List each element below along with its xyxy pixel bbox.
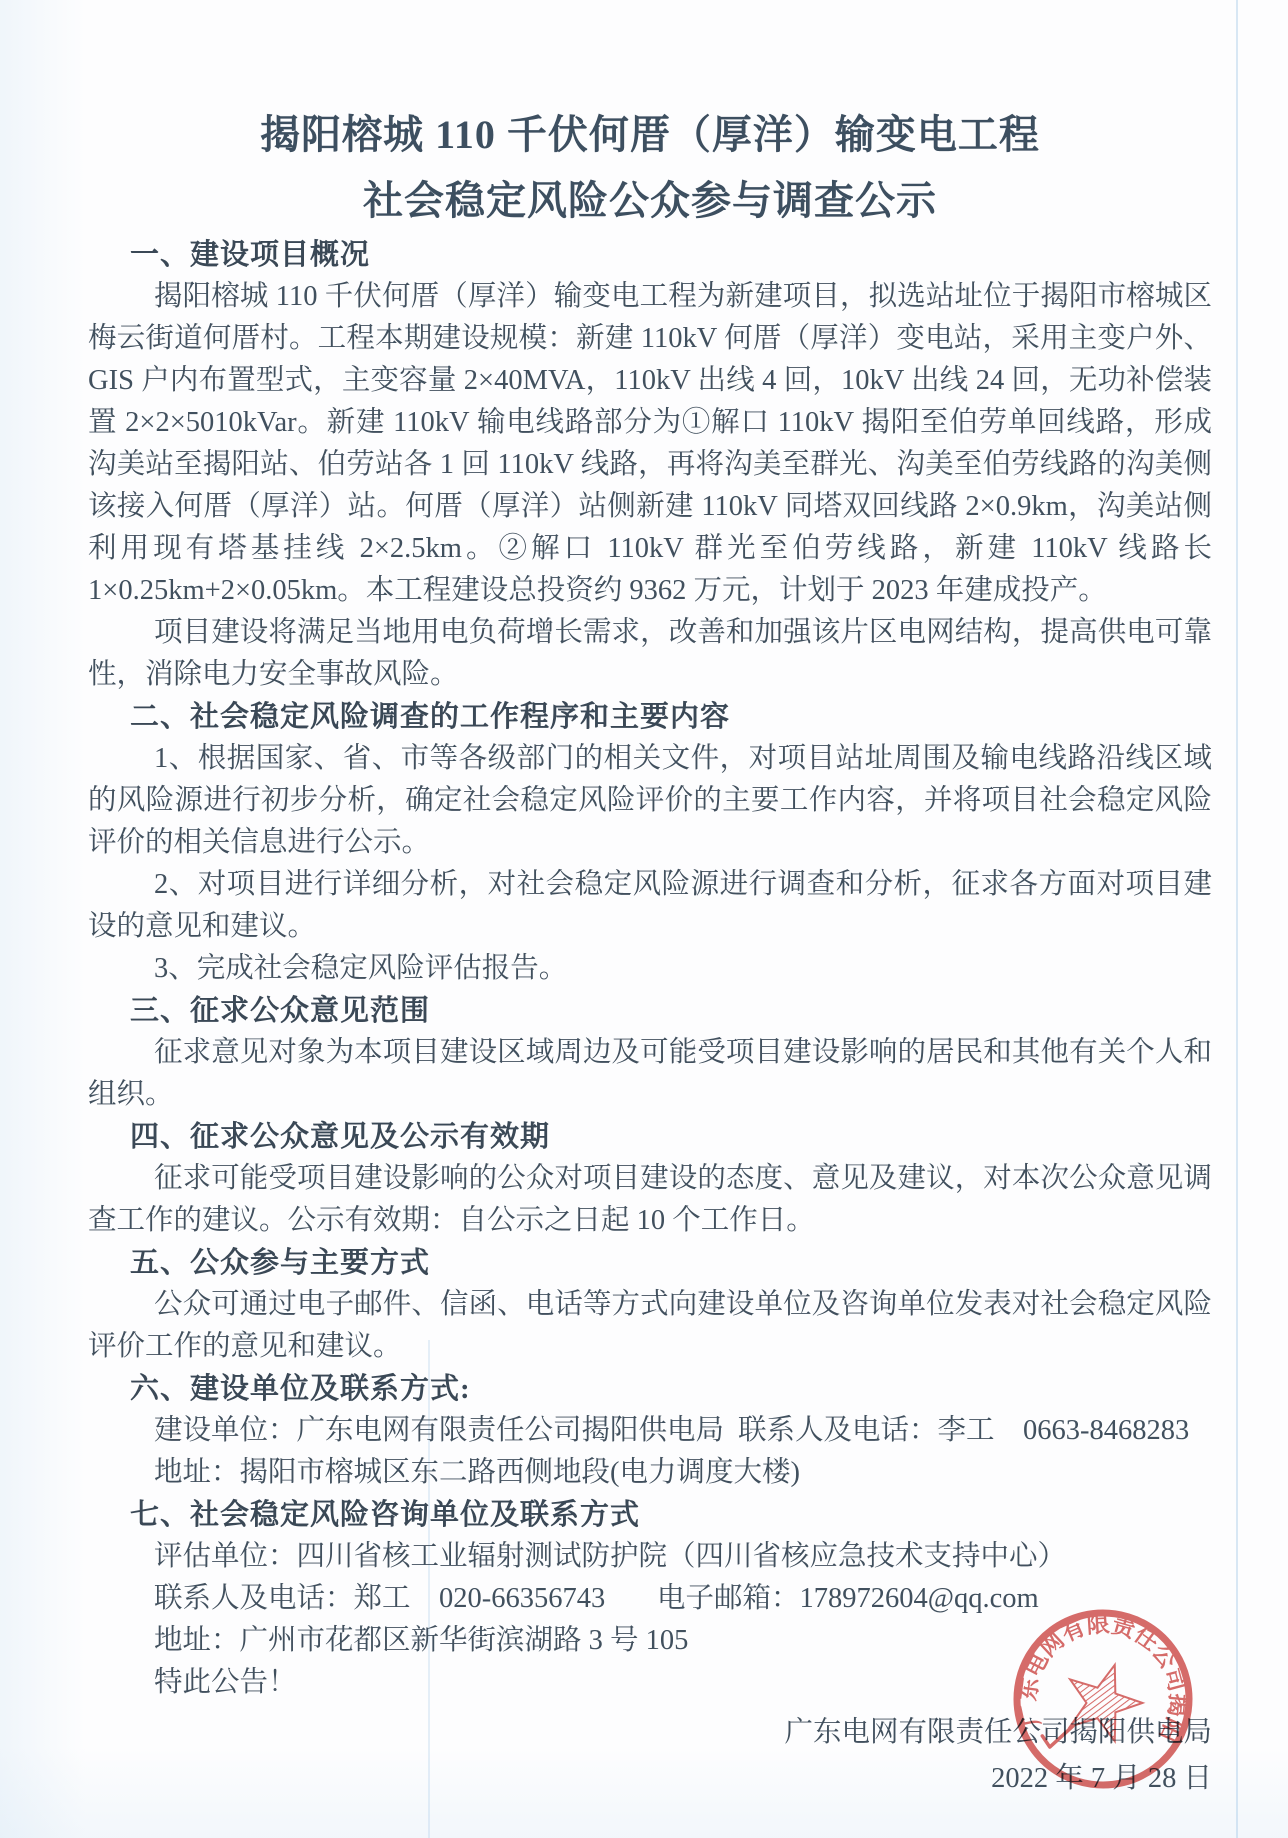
assessor-email: 电子邮箱：178972604@qq.com [657, 1578, 1039, 1620]
section-4-heading: 四、征求公众意见及公示有效期 [130, 1116, 1212, 1158]
title-line-1: 揭阳榕城 110 千伏何厝（厚洋）输变电工程 [88, 102, 1212, 168]
assessor-contact-phone: 联系人及电话：郑工 020-66356743 [154, 1583, 605, 1614]
seal-check-mark [1041, 1722, 1073, 1750]
section-3-heading: 三、征求公众意见范围 [130, 990, 1212, 1032]
section-7-heading: 七、社会稳定风险咨询单位及联系方式 [130, 1494, 1212, 1536]
seal-circular-text: 广东电网有限责任公司揭阳供电局 [996, 1592, 1206, 1752]
section-3-paragraph-1: 征求意见对象为本项目建设区域周边及可能受项目建设影响的居民和其他有关个人和组织。 [88, 1032, 1212, 1116]
title-line-2: 社会稳定风险公众参与调查公示 [88, 168, 1212, 234]
builder-unit-label: 建设单位：广东电网有限责任公司揭阳供电局 [154, 1415, 724, 1446]
section-4-paragraph-1: 征求可能受项目建设影响的公众对项目建设的态度、意见及建议，对本次公众意见调查工作… [88, 1158, 1212, 1242]
notice-content: 揭阳榕城 110 千伏何厝（厚洋）输变电工程 社会稳定风险公众参与调查公示 一、… [88, 0, 1212, 1802]
document-title: 揭阳榕城 110 千伏何厝（厚洋）输变电工程 社会稳定风险公众参与调查公示 [88, 0, 1212, 234]
section-6-heading: 六、建设单位及联系方式: [130, 1368, 1212, 1410]
section-1-paragraph-1: 揭阳榕城 110 千伏何厝（厚洋）输变电工程为新建项目，拟选站址位于揭阳市榕城区… [88, 276, 1212, 612]
official-red-seal: 广东电网有限责任公司揭阳供电局 [996, 1592, 1211, 1807]
svg-text:广东电网有限责任公司揭阳供电局: 广东电网有限责任公司揭阳供电局 [996, 1592, 1206, 1752]
seal-star-icon [1062, 1659, 1147, 1744]
section-2-paragraph-1: 1、根据国家、省、市等各级部门的相关文件，对项目站址周围及输电线路沿线区域的风险… [88, 738, 1212, 864]
builder-contact-line: 建设单位：广东电网有限责任公司揭阳供电局 联系人及电话：李工 0663-8468… [88, 1410, 1212, 1452]
section-2-paragraph-3: 3、完成社会稳定风险评估报告。 [88, 948, 1212, 990]
section-2-paragraph-2: 2、对项目进行详细分析，对社会稳定风险源进行调查和分析，征求各方面对项目建设的意… [88, 864, 1212, 948]
section-2-heading: 二、社会稳定风险调查的工作程序和主要内容 [130, 696, 1212, 738]
section-5-heading: 五、公众参与主要方式 [130, 1242, 1212, 1284]
scan-artifact-line [1236, 0, 1238, 1838]
section-5-paragraph-1: 公众可通过电子邮件、信函、电话等方式向建设单位及咨询单位发表对社会稳定风险评价工… [88, 1284, 1212, 1368]
builder-contact-phone: 联系人及电话：李工 0663-8468283 [738, 1410, 1189, 1452]
scanned-notice-page: 揭阳榕城 110 千伏何厝（厚洋）输变电工程 社会稳定风险公众参与调查公示 一、… [0, 0, 1288, 1838]
builder-address-line: 地址：揭阳市榕城区东二路西侧地段(电力调度大楼) [88, 1452, 1212, 1494]
section-1-paragraph-2: 项目建设将满足当地用电负荷增长需求，改善和加强该片区电网结构，提高供电可靠性，消… [88, 612, 1212, 696]
assessor-unit-line: 评估单位：四川省核工业辐射测试防护院（四川省核应急技术支持中心） [88, 1536, 1212, 1578]
section-1-heading: 一、建设项目概况 [130, 234, 1212, 276]
